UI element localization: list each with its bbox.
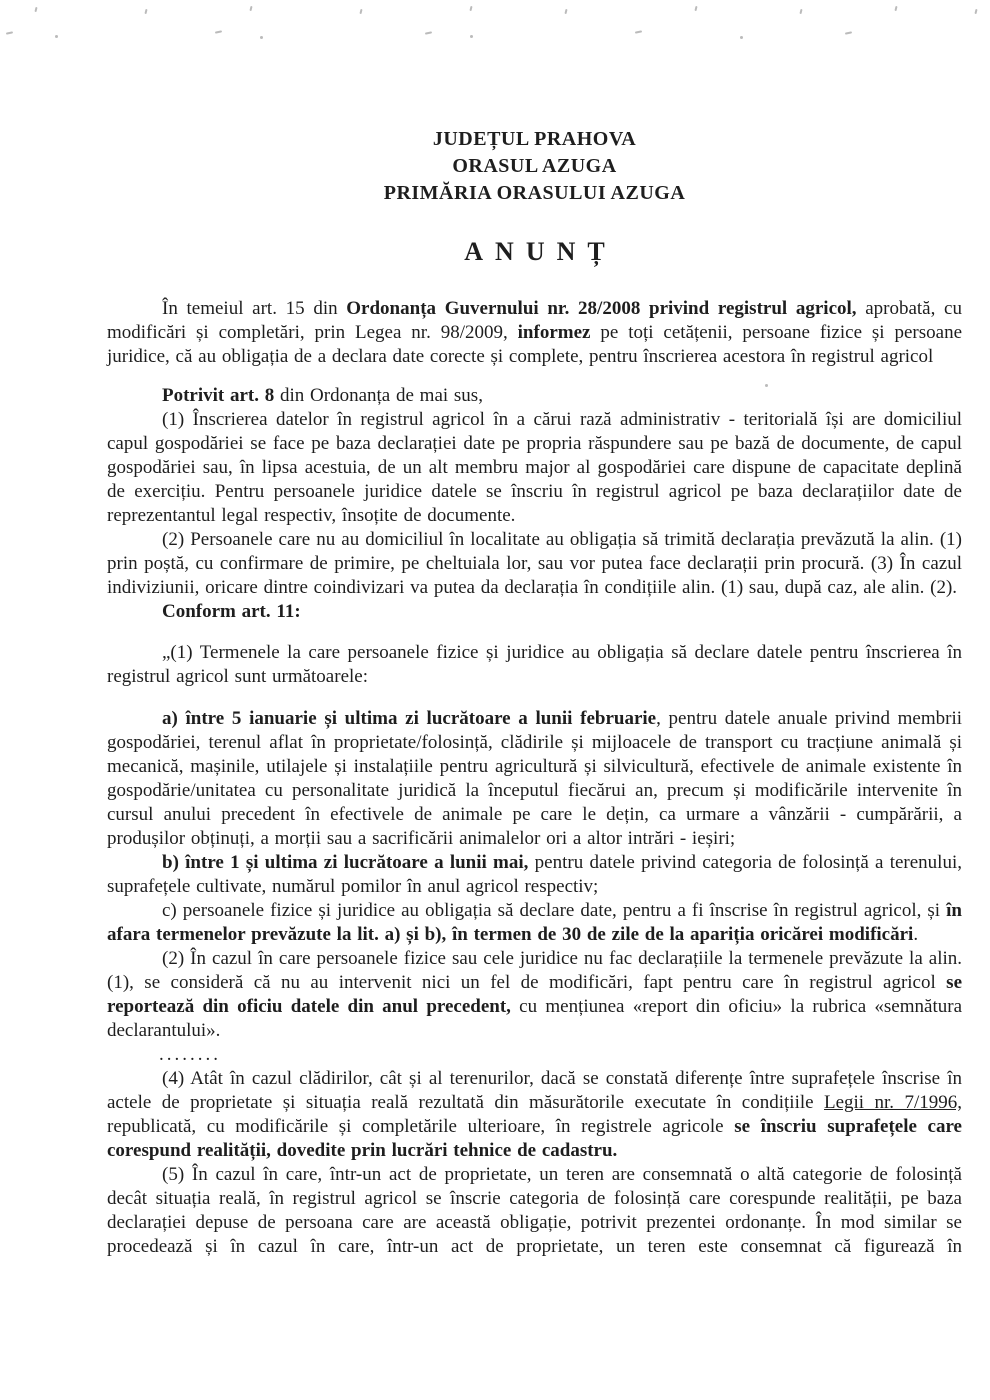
paragraph-alin2-report: (2) În cazul în care persoanele fizice s… <box>107 947 962 1043</box>
paragraph-potrivit-art8: Potrivit art. 8 din Ordonanța de mai sus… <box>107 384 962 408</box>
scan-speckle <box>894 6 897 11</box>
header-county-line: JUDEȚUL PRAHOVA <box>107 126 962 153</box>
document-content: JUDEȚUL PRAHOVA ORASUL AZUGA PRIMĂRIA OR… <box>107 126 962 1259</box>
scan-speckle <box>359 9 362 14</box>
paragraph-alin5: (5) În cazul în care, într-un act de pro… <box>107 1163 962 1259</box>
document-header: JUDEȚUL PRAHOVA ORASUL AZUGA PRIMĂRIA OR… <box>107 126 962 207</box>
scan-speckle <box>34 7 37 12</box>
scan-speckle <box>974 9 977 14</box>
paragraph-ellipsis: ........ <box>107 1043 962 1067</box>
scan-speckle <box>6 31 13 34</box>
scan-speckle <box>249 6 252 11</box>
scan-speckle <box>694 6 697 11</box>
scan-speckle <box>470 35 473 38</box>
paragraph-litera-a: a) între 5 ianuarie și ultima zi lucrăto… <box>107 707 962 851</box>
paragraph-art8-alin1: (1) Înscrierea datelor în registrul agri… <box>107 408 962 528</box>
scan-speckle <box>564 9 567 14</box>
paragraph-art8-alin2-3: (2) Persoanele care nu au domiciliul în … <box>107 528 962 600</box>
paragraph-conform-art11: Conform art. 11: <box>107 600 962 624</box>
scan-speckle <box>425 31 432 34</box>
scan-speckle <box>55 35 58 38</box>
scan-speckle <box>215 30 222 33</box>
paragraph-litera-c: c) persoanele fizice și juridice au obli… <box>107 899 962 947</box>
header-town-line: ORASUL AZUGA <box>107 153 962 180</box>
header-cityhall-line: PRIMĂRIA ORASULUI AZUGA <box>107 180 962 207</box>
paragraph-alin4: (4) Atât în cazul clădirilor, cât și al … <box>107 1067 962 1163</box>
scan-speckle <box>799 9 802 14</box>
paragraph-intro: În temeiul art. 15 din Ordonanța Guvernu… <box>107 297 962 369</box>
scan-speckle <box>635 30 642 33</box>
scan-speckle <box>144 9 147 14</box>
paragraph-litera-b: b) între 1 și ultima zi lucrătoare a lun… <box>107 851 962 899</box>
scan-speckle <box>845 31 852 34</box>
document-title: ANUNȚ <box>107 237 962 267</box>
scanned-document-page: JUDEȚUL PRAHOVA ORASUL AZUGA PRIMĂRIA OR… <box>0 0 990 1400</box>
scan-speckle <box>740 36 743 39</box>
scan-speckle <box>469 6 472 11</box>
scan-speckle <box>260 36 263 39</box>
paragraph-termene: „(1) Termenele la care persoanele fizice… <box>107 641 962 689</box>
